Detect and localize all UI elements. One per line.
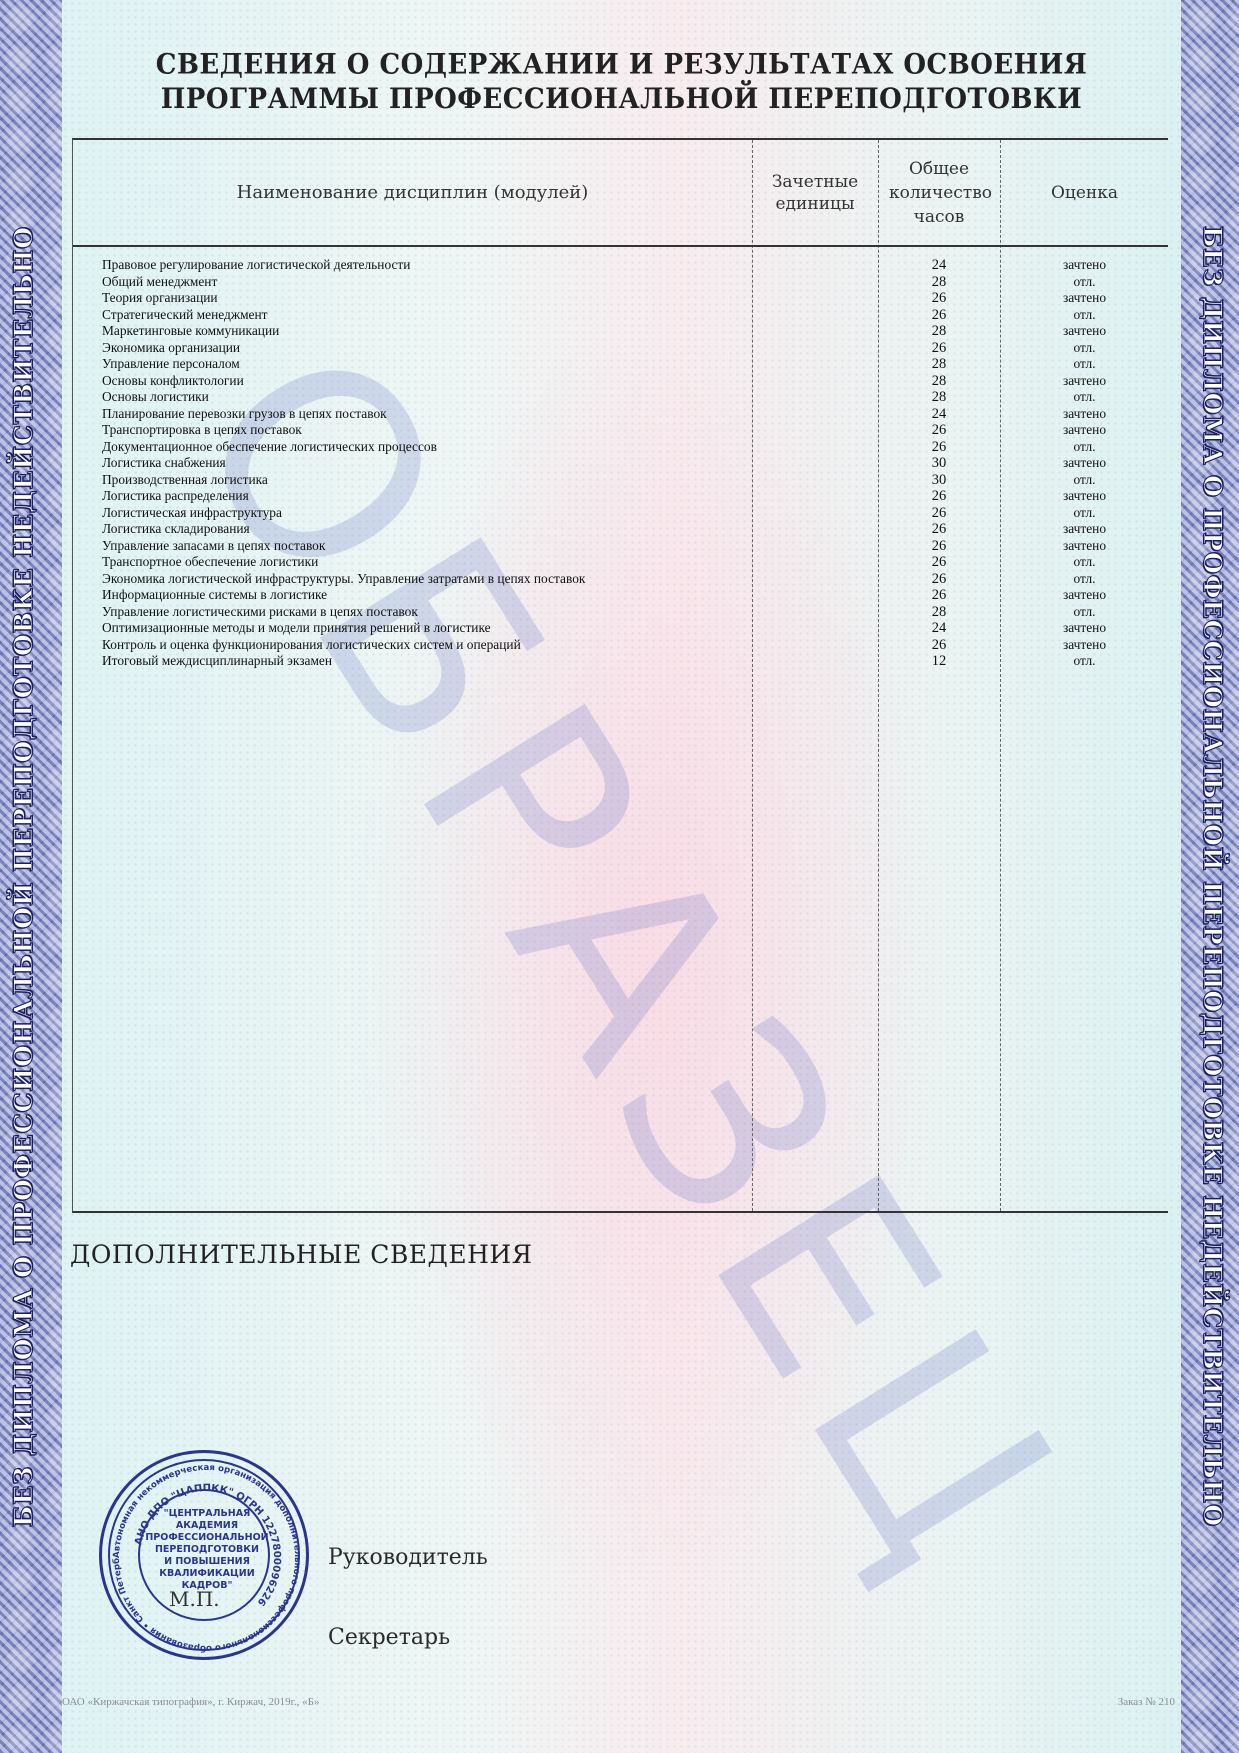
table-row: Информационные системы в логистике26зачт…: [102, 587, 1168, 604]
discipline-hours: 24: [878, 406, 1000, 423]
discipline-name: Оптимизационные методы и модели принятия…: [102, 620, 491, 637]
discipline-name: Логистическая инфраструктура: [102, 505, 282, 522]
table-row: Правовое регулирование логистической дея…: [102, 257, 1168, 274]
table-row: Производственная логистика30отл.: [102, 472, 1168, 489]
left-ornamental-border: БЕЗ ДИПЛОМА О ПРОФЕССИОНАЛЬНОЙ ПЕРЕПОДГО…: [0, 0, 62, 1753]
discipline-name: Планирование перевозки грузов в цепях по…: [102, 406, 387, 423]
printer-imprint: ОАО «Киржачская типография», г. Киржач, …: [62, 1696, 320, 1708]
official-seal: Автономная некоммерческая организация до…: [99, 1450, 309, 1660]
discipline-name: Правовое регулирование логистической дея…: [102, 257, 410, 274]
discipline-name: Контроль и оценка функционирования логис…: [102, 637, 521, 654]
table-row: Логистика складирования26зачтено: [102, 521, 1168, 538]
header-credit-units: Зачетные единицы: [752, 140, 878, 245]
discipline-grade: зачтено: [1000, 373, 1169, 390]
table-header: Наименование дисциплин (модулей) Зачетны…: [73, 140, 1168, 247]
discipline-grade: отл.: [1000, 571, 1169, 588]
table-row: Основы конфликтологии28зачтено: [102, 373, 1168, 390]
discipline-name: Управление персоналом: [102, 356, 240, 373]
discipline-hours: 26: [878, 571, 1000, 588]
discipline-name: Общий менеджмент: [102, 274, 217, 291]
table-row: Маркетинговые коммуникации28зачтено: [102, 323, 1168, 340]
discipline-hours: 26: [878, 521, 1000, 538]
table-row: Стратегический менеджмент26отл.: [102, 307, 1168, 324]
discipline-name: Маркетинговые коммуникации: [102, 323, 279, 340]
discipline-grade: зачтено: [1000, 637, 1169, 654]
table-row: Транспортировка в цепях поставок26зачтен…: [102, 422, 1168, 439]
discipline-grade: отл.: [1000, 356, 1169, 373]
discipline-grade: зачтено: [1000, 488, 1169, 505]
table-row: Логистика распределения26зачтено: [102, 488, 1168, 505]
header-grade: Оценка: [1000, 140, 1169, 245]
table-row: Документационное обеспечение логистическ…: [102, 439, 1168, 456]
discipline-grade: отл.: [1000, 389, 1169, 406]
table-row: Экономика логистической инфраструктуры. …: [102, 571, 1168, 588]
discipline-grade: отл.: [1000, 340, 1169, 357]
discipline-hours: 26: [878, 439, 1000, 456]
discipline-name: Логистика снабжения: [102, 455, 226, 472]
table-row: Транспортное обеспечение логистики26отл.: [102, 554, 1168, 571]
page-title: СВЕДЕНИЯ О СОДЕРЖАНИИ И РЕЗУЛЬТАТАХ ОСВО…: [62, 47, 1181, 116]
seal-center-text: "ЦЕНТРАЛЬНАЯАКАДЕМИЯПРОФЕССИОНАЛЬНОЙПЕРЕ…: [142, 1508, 272, 1592]
discipline-hours: 12: [878, 653, 1000, 670]
discipline-grade: отл.: [1000, 472, 1169, 489]
discipline-grade: отл.: [1000, 604, 1169, 621]
discipline-hours: 26: [878, 488, 1000, 505]
right-ornamental-border: БЕЗ ДИПЛОМА О ПРОФЕССИОНАЛЬНОЙ ПЕРЕПОДГО…: [1181, 0, 1239, 1753]
discipline-hours: 28: [878, 356, 1000, 373]
header-discipline-name: Наименование дисциплин (модулей): [73, 140, 752, 245]
discipline-name: Транспортировка в цепях поставок: [102, 422, 302, 439]
discipline-hours: 26: [878, 554, 1000, 571]
discipline-name: Транспортное обеспечение логистики: [102, 554, 318, 571]
table-row: Общий менеджмент28отл.: [102, 274, 1168, 291]
title-line-1: СВЕДЕНИЯ О СОДЕРЖАНИИ И РЕЗУЛЬТАТАХ ОСВО…: [62, 47, 1181, 82]
discipline-hours: 30: [878, 455, 1000, 472]
discipline-grade: отл.: [1000, 274, 1169, 291]
table-row: Логистическая инфраструктура26отл.: [102, 505, 1168, 522]
discipline-name: Логистика распределения: [102, 488, 249, 505]
discipline-grade: зачтено: [1000, 323, 1169, 340]
discipline-grade: зачтено: [1000, 422, 1169, 439]
discipline-hours: 28: [878, 389, 1000, 406]
table-row: Управление логистическими рисками в цепя…: [102, 604, 1168, 621]
table-row: Экономика организации26отл.: [102, 340, 1168, 357]
discipline-name: Основы логистики: [102, 389, 209, 406]
discipline-hours: 26: [878, 422, 1000, 439]
discipline-name: Экономика логистической инфраструктуры. …: [102, 571, 585, 588]
discipline-hours: 28: [878, 373, 1000, 390]
document-page: ОБРАЗЕЦ СВЕДЕНИЯ О СОДЕРЖАНИИ И РЕЗУЛЬТА…: [62, 0, 1181, 1753]
discipline-name: Основы конфликтологии: [102, 373, 244, 390]
discipline-hours: 24: [878, 257, 1000, 274]
discipline-name: Экономика организации: [102, 340, 240, 357]
discipline-grade: зачтено: [1000, 587, 1169, 604]
discipline-grade: отл.: [1000, 554, 1169, 571]
table-row: Управление запасами в цепях поставок26за…: [102, 538, 1168, 555]
table-row: Планирование перевозки грузов в цепях по…: [102, 406, 1168, 423]
table-row: Управление персоналом28отл.: [102, 356, 1168, 373]
discipline-hours: 26: [878, 587, 1000, 604]
table-row: Оптимизационные методы и модели принятия…: [102, 620, 1168, 637]
discipline-hours: 26: [878, 538, 1000, 555]
discipline-name: Управление логистическими рисками в цепя…: [102, 604, 418, 621]
additional-info-heading: ДОПОЛНИТЕЛЬНЫЕ СВЕДЕНИЯ: [70, 1240, 532, 1269]
order-number: Заказ № 210: [1118, 1696, 1175, 1708]
table-row: Основы логистики28отл.: [102, 389, 1168, 406]
discipline-hours: 26: [878, 505, 1000, 522]
discipline-hours: 26: [878, 340, 1000, 357]
discipline-name: Итоговый междисциплинарный экзамен: [102, 653, 332, 670]
discipline-name: Стратегический менеджмент: [102, 307, 268, 324]
discipline-grade: зачтено: [1000, 406, 1169, 423]
discipline-name: Управление запасами в цепях поставок: [102, 538, 325, 555]
table-row: Логистика снабжения30зачтено: [102, 455, 1168, 472]
discipline-grade: отл.: [1000, 653, 1169, 670]
left-border-text: БЕЗ ДИПЛОМА О ПРОФЕССИОНАЛЬНОЙ ПЕРЕПОДГО…: [10, 226, 39, 1527]
discipline-grade: зачтено: [1000, 538, 1169, 555]
discipline-grade: отл.: [1000, 439, 1169, 456]
discipline-name: Теория организации: [102, 290, 218, 307]
discipline-hours: 28: [878, 323, 1000, 340]
right-border-text: БЕЗ ДИПЛОМА О ПРОФЕССИОНАЛЬНОЙ ПЕРЕПОДГО…: [1199, 226, 1228, 1527]
discipline-hours: 24: [878, 620, 1000, 637]
discipline-hours: 30: [878, 472, 1000, 489]
discipline-grade: зачтено: [1000, 521, 1169, 538]
discipline-grade: зачтено: [1000, 620, 1169, 637]
discipline-name: Документационное обеспечение логистическ…: [102, 439, 437, 456]
disciplines-table: Наименование дисциплин (модулей) Зачетны…: [72, 138, 1168, 1213]
discipline-hours: 26: [878, 307, 1000, 324]
discipline-hours: 28: [878, 274, 1000, 291]
discipline-name: Логистика складирования: [102, 521, 250, 538]
discipline-grade: отл.: [1000, 505, 1169, 522]
head-signature-label: Руководитель: [328, 1545, 488, 1570]
discipline-hours: 26: [878, 637, 1000, 654]
discipline-grade: зачтено: [1000, 290, 1169, 307]
table-row: Теория организации26зачтено: [102, 290, 1168, 307]
discipline-grade: зачтено: [1000, 455, 1169, 472]
discipline-name: Производственная логистика: [102, 472, 268, 489]
title-line-2: ПРОГРАММЫ ПРОФЕССИОНАЛЬНОЙ ПЕРЕПОДГОТОВК…: [62, 82, 1181, 117]
discipline-hours: 28: [878, 604, 1000, 621]
table-body: Правовое регулирование логистической дея…: [102, 257, 1168, 670]
secretary-signature-label: Секретарь: [328, 1625, 450, 1650]
discipline-hours: 26: [878, 290, 1000, 307]
discipline-name: Информационные системы в логистике: [102, 587, 327, 604]
table-row: Контроль и оценка функционирования логис…: [102, 637, 1168, 654]
discipline-grade: отл.: [1000, 307, 1169, 324]
header-total-hours: Общее количество часов: [878, 140, 1000, 245]
discipline-grade: зачтено: [1000, 257, 1169, 274]
table-row: Итоговый междисциплинарный экзамен12отл.: [102, 653, 1168, 670]
